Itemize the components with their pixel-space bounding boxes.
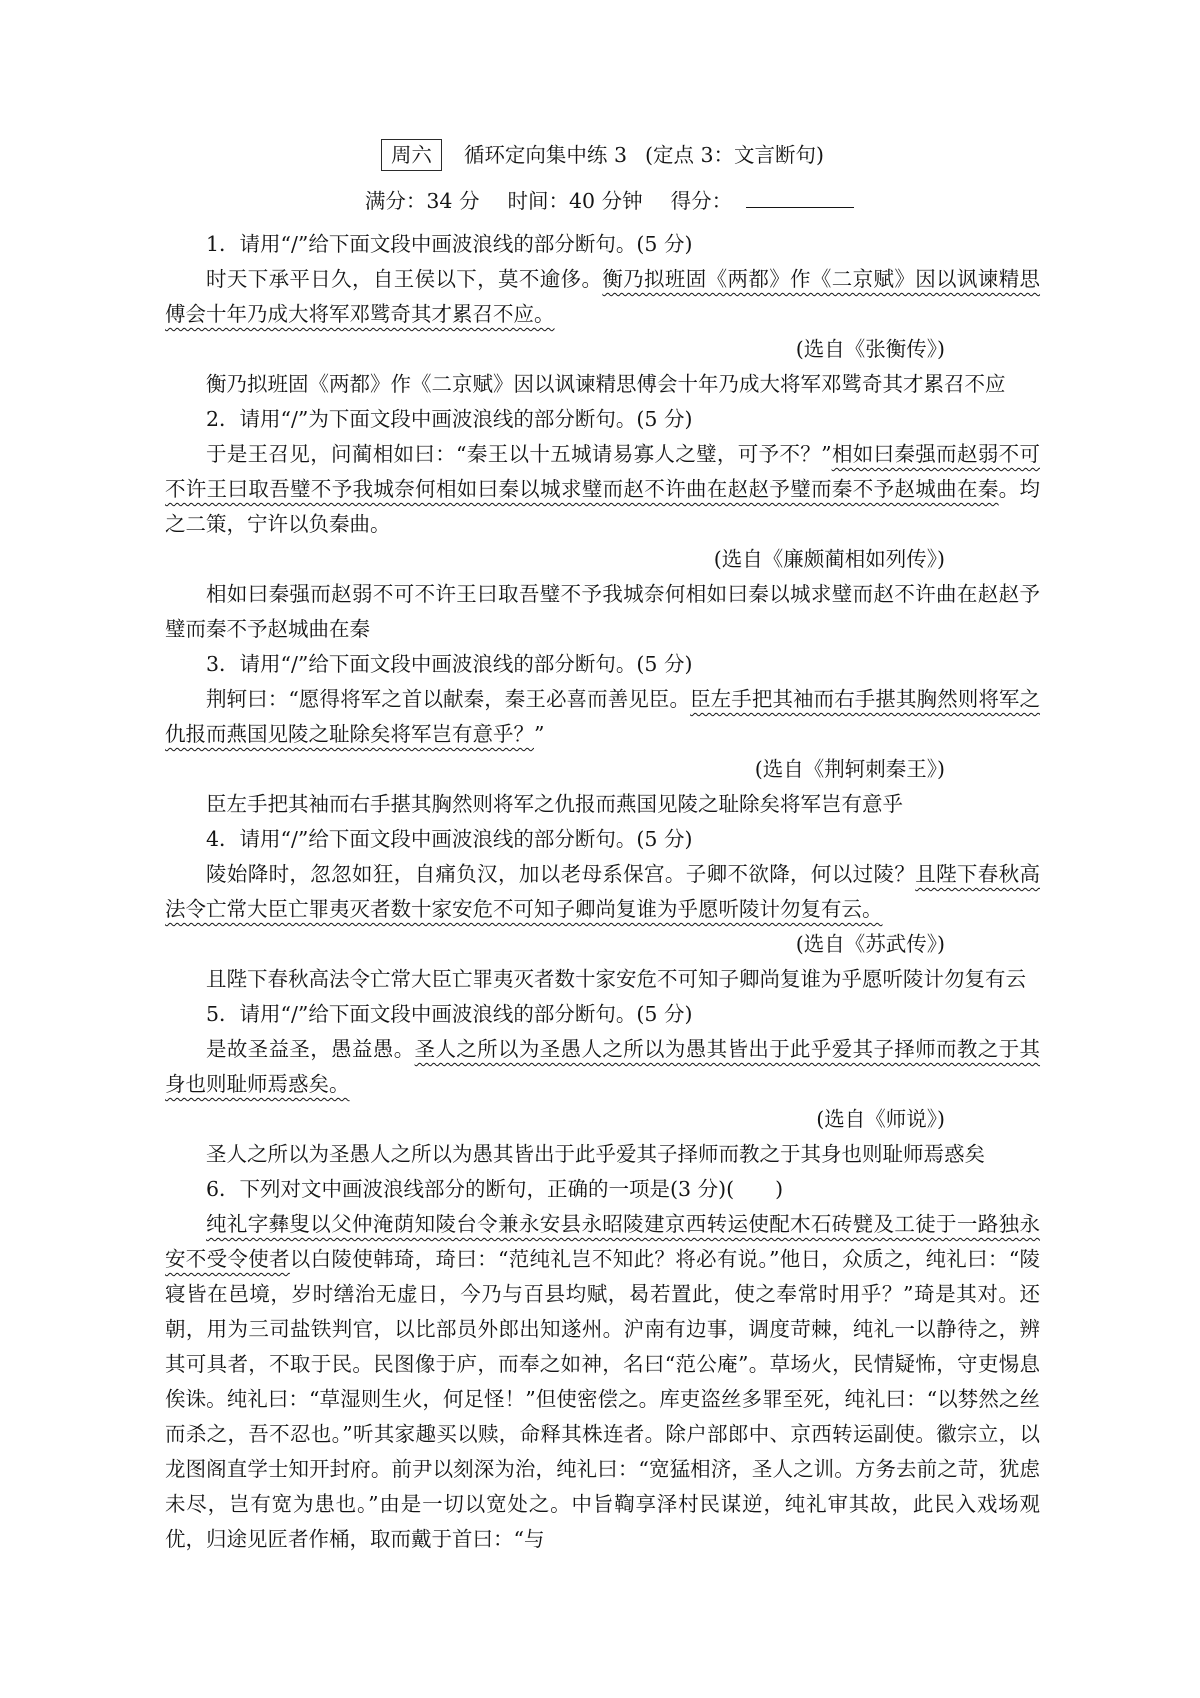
question-1: 1．请用“/”给下面文段中画波浪线的部分断句。(5 分) 时天下承平日久，自王侯… xyxy=(165,227,1040,402)
passage-plain: ” xyxy=(534,722,544,746)
question-3-prompt: 3．请用“/”给下面文段中画波浪线的部分断句。(5 分) xyxy=(165,647,1040,682)
question-4-source: (选自《苏武传》) xyxy=(165,927,1040,962)
question-2-passage: 于是王召见，问蔺相如曰：“秦王以十五城请易寡人之璧，可予不？”相如曰秦强而赵弱不… xyxy=(165,437,1040,542)
passage-plain: 以白陵使韩琦，琦曰：“范纯礼岂不知此？将必有说。”他日，众质之，纯礼曰：“陵寝皆… xyxy=(165,1247,1040,1551)
question-1-answer-text: 衡乃拟班固《两都》作《二京赋》因以讽谏精思傅会十年乃成大将军邓骘奇其才累召不应 xyxy=(165,367,1040,402)
question-4-answer-text: 且陛下春秋高法令亡常大臣亡罪夷灭者数十家安危不可知子卿尚复谁为乎愿听陵计勿复有云 xyxy=(165,962,1040,997)
page-title: 循环定向集中练 3 xyxy=(464,143,627,167)
question-4-prompt: 4．请用“/”给下面文段中画波浪线的部分断句。(5 分) xyxy=(165,822,1040,857)
question-3: 3．请用“/”给下面文段中画波浪线的部分断句。(5 分) 荆轲曰：“愿得将军之首… xyxy=(165,647,1040,822)
question-5-passage: 是故圣益圣，愚益愚。圣人之所以为圣愚人之所以为愚其皆出于此乎爱其子择师而教之于其… xyxy=(165,1032,1040,1102)
question-3-answer-text: 臣左手把其袖而右手揕其胸然则将军之仇报而燕国见陵之耻除矣将军岂有意乎 xyxy=(165,787,1040,822)
full-score-label: 满分：34 分 xyxy=(365,189,480,213)
question-1-passage: 时天下承平日久，自王侯以下，莫不逾侈。衡乃拟班固《两都》作《二京赋》因以讽谏精思… xyxy=(165,262,1040,332)
week-badge: 周六 xyxy=(381,139,442,171)
question-2-answer-text: 相如曰秦强而赵弱不可不许王曰取吾璧不予我城奈何相如曰秦以城求璧而赵不许曲在赵赵予… xyxy=(165,577,1040,647)
header: 周六循环定向集中练 3(定点 3：文言断句) xyxy=(165,138,1040,173)
exam-page: 周六循环定向集中练 3(定点 3：文言断句) 满分：34 分时间：40 分钟得分… xyxy=(0,0,1200,1698)
score-label: 得分： xyxy=(671,189,733,213)
question-5-answer-text: 圣人之所以为圣愚人之所以为愚其皆出于此乎爱其子择师而教之于其身也则耻师焉惑矣 xyxy=(165,1137,1040,1172)
question-5-source: (选自《师说》) xyxy=(165,1102,1040,1137)
passage-plain: 于是王召见，问蔺相如曰：“秦王以十五城请易寡人之璧，可予不？” xyxy=(206,442,832,466)
question-4-passage: 陵始降时，忽忽如狂，自痛负汉，加以老母系保宫。子卿不欲降，何以过陵？且陛下春秋高… xyxy=(165,857,1040,927)
question-3-passage: 荆轲曰：“愿得将军之首以献秦，秦王必喜而善见臣。臣左手把其袖而右手揕其胸然则将军… xyxy=(165,682,1040,752)
passage-plain: 是故圣益圣，愚益愚。 xyxy=(206,1037,415,1061)
question-5: 5．请用“/”给下面文段中画波浪线的部分断句。(5 分) 是故圣益圣，愚益愚。圣… xyxy=(165,997,1040,1172)
question-2-prompt: 2．请用“/”为下面文段中画波浪线的部分断句。(5 分) xyxy=(165,402,1040,437)
question-2: 2．请用“/”为下面文段中画波浪线的部分断句。(5 分) 于是王召见，问蔺相如曰… xyxy=(165,402,1040,647)
page-subtitle: (定点 3：文言断句) xyxy=(645,143,824,167)
question-1-source: (选自《张衡传》) xyxy=(165,332,1040,367)
passage-plain: 时天下承平日久，自王侯以下，莫不逾侈。 xyxy=(206,267,602,291)
passage-plain: 荆轲曰：“愿得将军之首以献秦，秦王必喜而善见臣。 xyxy=(206,687,690,711)
question-4: 4．请用“/”给下面文段中画波浪线的部分断句。(5 分) 陵始降时，忽忽如狂，自… xyxy=(165,822,1040,997)
question-6-passage: 纯礼字彝叟以父仲淹荫知陵台令兼永安县永昭陵建京西转运使配木石砖甓及工徒于一路独永… xyxy=(165,1207,1040,1557)
score-blank-line xyxy=(746,185,854,208)
score-row: 满分：34 分时间：40 分钟得分： xyxy=(165,184,1040,219)
question-2-source: (选自《廉颇蔺相如列传》) xyxy=(165,542,1040,577)
passage-plain: 陵始降时，忽忽如狂，自痛负汉，加以老母系保宫。子卿不欲降，何以过陵？ xyxy=(206,862,915,886)
question-6: 6．下列对文中画波浪线部分的断句，正确的一项是(3 分)( ) 纯礼字彝叟以父仲… xyxy=(165,1172,1040,1557)
question-1-prompt: 1．请用“/”给下面文段中画波浪线的部分断句。(5 分) xyxy=(165,227,1040,262)
time-label: 时间：40 分钟 xyxy=(508,189,643,213)
question-5-prompt: 5．请用“/”给下面文段中画波浪线的部分断句。(5 分) xyxy=(165,997,1040,1032)
question-3-source: (选自《荆轲刺秦王》) xyxy=(165,752,1040,787)
question-6-prompt: 6．下列对文中画波浪线部分的断句，正确的一项是(3 分)( ) xyxy=(165,1172,1040,1207)
